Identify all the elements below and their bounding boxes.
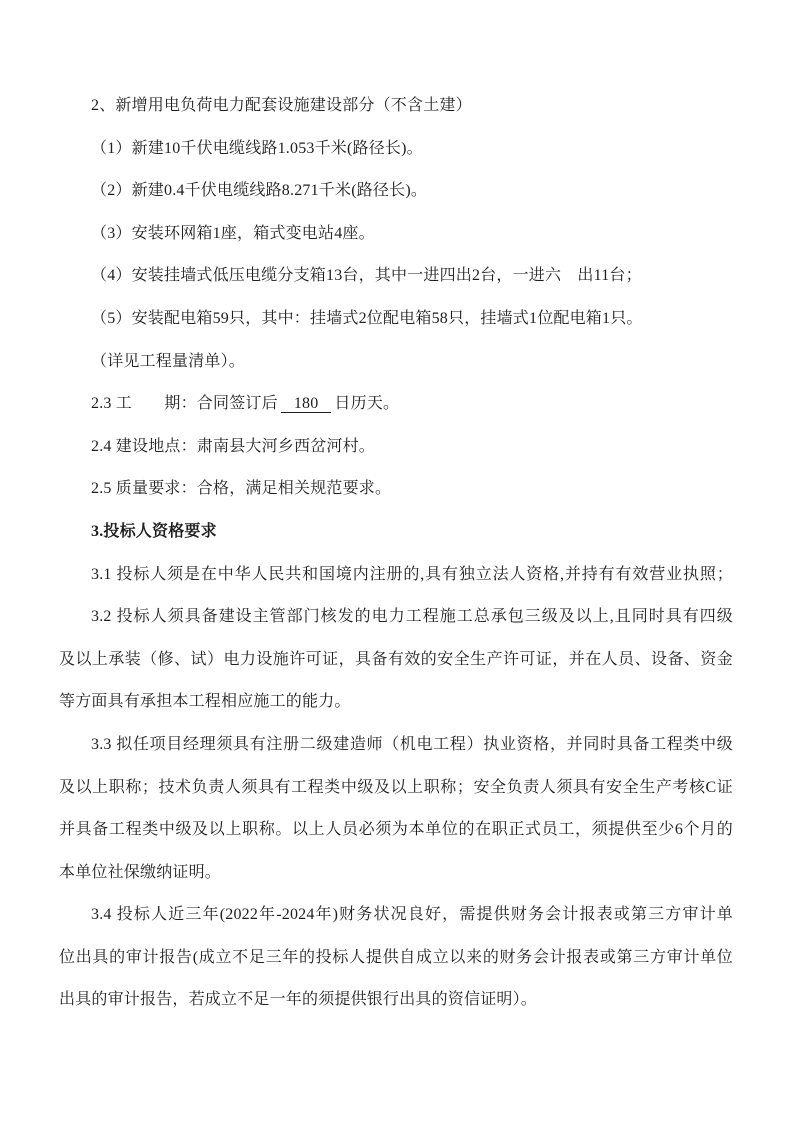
section-heading: 3.投标人资格要求: [59, 511, 733, 554]
text-line: （3）安装环网箱1座，箱式变电站4座。: [59, 213, 733, 256]
text-line: （5）安装配电箱59只，其中：挂墙式2位配电箱58只，挂墙式1位配电箱1只。: [59, 298, 733, 341]
text-line: 及以上承装（修、试）电力设施许可证，具备有效的安全生产许可证，并在人员、设备、资…: [59, 639, 733, 682]
text-line: 本单位社保缴纳证明。: [59, 852, 733, 895]
text-line: 及以上职称；技术负责人须具有工程类中级及以上职称；安全负责人须具有安全生产考核C…: [59, 767, 733, 810]
duration-underline-value: 180: [281, 395, 332, 413]
text-segment: 2.3 工 期：合同签订后: [91, 395, 278, 412]
text-line: （1）新建10千伏电缆线路1.053千米(路径长)。: [59, 128, 733, 171]
text-line: （详见工程量清单）。: [59, 341, 733, 384]
text-line: 2.4 建设地点：肃南县大河乡西岔河村。: [59, 426, 733, 469]
document-body: 2、新增用电负荷电力配套设施建设部分（不含土建）（1）新建10千伏电缆线路1.0…: [59, 85, 733, 1022]
text-line: 2.5 质量要求：合格，满足相关规范要求。: [59, 468, 733, 511]
text-line: （4）安装挂墙式低压电缆分支箱13台，其中一进四出2台，一进六 出11台；: [59, 255, 733, 298]
text-line: 并具备工程类中级及以上职称。以上人员必须为本单位的在职正式员工，须提供至少6个月…: [59, 809, 733, 852]
text-line: 出具的审计报告，若成立不足一年的须提供银行出具的资信证明）。: [59, 979, 733, 1022]
text-line: 3.3 拟任项目经理须具有注册二级建造师（机电工程）执业资格，并同时具备工程类中…: [59, 724, 733, 767]
text-line: 3.4 投标人近三年(2022年-2024年)财务状况良好，需提供财务会计报表或…: [59, 894, 733, 937]
text-line: 2、新增用电负荷电力配套设施建设部分（不含土建）: [59, 85, 733, 128]
text-line: 等方面具有承担本工程相应施工的能力。: [59, 681, 733, 724]
text-line: 3.1 投标人须是在中华人民共和国境内注册的,具有独立法人资格,并持有有效营业执…: [59, 554, 733, 597]
text-line: （2）新建0.4千伏电缆线路8.271千米(路径长)。: [59, 170, 733, 213]
text-line: 2.3 工 期：合同签订后180日历天。: [59, 383, 733, 426]
text-line: 3.2 投标人须具备建设主管部门核发的电力工程施工总承包三级及以上,且同时具有四…: [59, 596, 733, 639]
text-line: 位出具的审计报告(成立不足三年的投标人提供自成立以来的财务会计报表或第三方审计单…: [59, 937, 733, 980]
document-page: 2、新增用电负荷电力配套设施建设部分（不含土建）（1）新建10千伏电缆线路1.0…: [0, 0, 793, 1122]
text-segment: 日历天。: [334, 395, 399, 412]
